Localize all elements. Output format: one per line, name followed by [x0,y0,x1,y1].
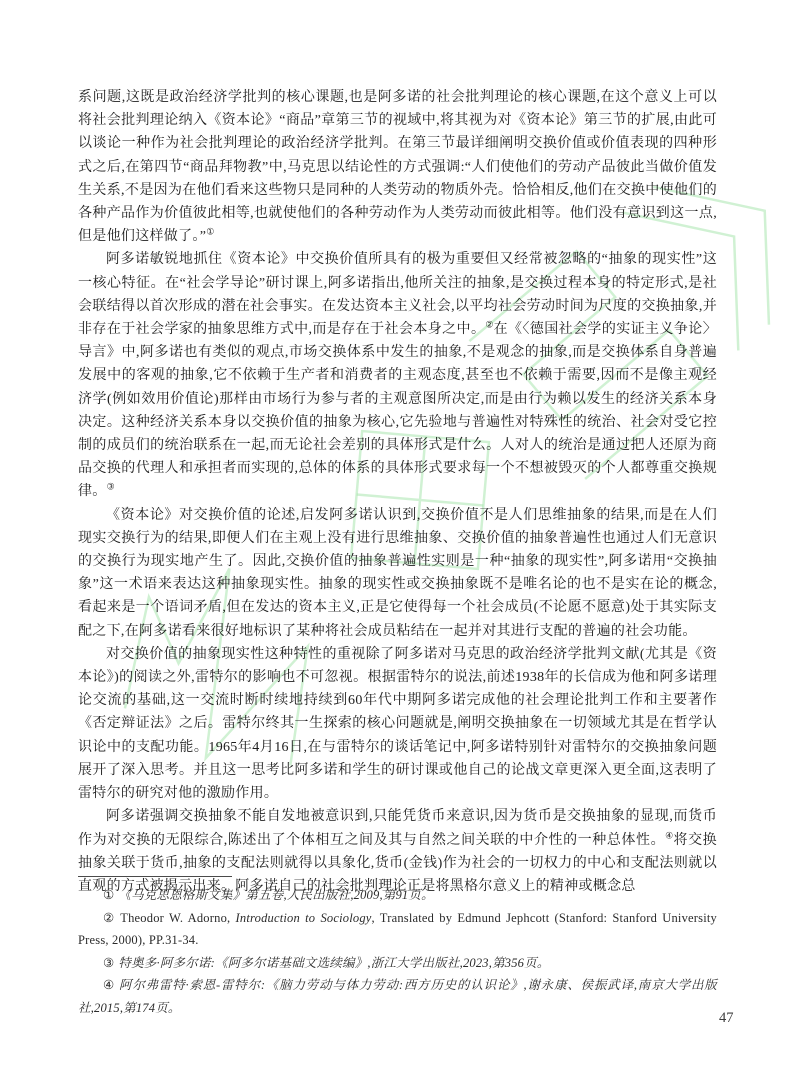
footnote-separator [78,876,232,877]
body-paragraph: 阿多诺敏锐地抓住《资本论》中交换价值所具有的极为重要但又经常被忽略的“抽象的现实… [78,248,717,503]
footnote-marker: ④ [103,978,115,992]
page-number: 47 [719,1010,734,1027]
document-page: 系问题,这既是政治经济学批判的核心课题,也是阿多诺的社会批判理论的核心课题,在这… [0,0,792,1083]
footnote-reference: ③ [107,482,115,492]
footnote-item: ③特奥多·阿多尔诺:《阿多尔诺基础文选续编》,浙江大学出版社,2023,第356… [78,952,717,975]
book-title: Introduction to Sociology [236,911,372,925]
body-paragraph: 系问题,这既是政治经济学批判的核心课题,也是阿多诺的社会批判理论的核心课题,在这… [78,86,717,248]
footnote-marker: ③ [103,956,114,970]
footnote-marker: ② [103,911,116,925]
body-paragraph: 对交换价值的抽象现实性这种特性的重视除了阿多诺对马克思的政治经济学批判文献(尤其… [78,643,717,805]
footnote-item: ②Theodor W. Adorno, Introduction to Soci… [78,907,717,952]
footnotes-section: ①《马克思恩格斯文集》第五卷,人民出版社,2009,第91页。②Theodor … [78,876,717,1020]
footnote-list: ①《马克思恩格斯文集》第五卷,人民出版社,2009,第91页。②Theodor … [78,884,717,1020]
footnote-item: ①《马克思恩格斯文集》第五卷,人民出版社,2009,第91页。 [78,884,717,907]
footnote-reference: ① [206,227,214,237]
body-text: 系问题,这既是政治经济学批判的核心课题,也是阿多诺的社会批判理论的核心课题,在这… [78,86,717,898]
footnote-item: ④阿尔弗雷特·索恩-雷特尔:《脑力劳动与体力劳动:西方历史的认识论》,谢永康、侯… [78,974,717,1019]
footnote-marker: ① [103,888,114,902]
footnote-reference: ② [485,319,493,329]
body-paragraph: 《资本论》对交换价值的论述,启发阿多诺认识到,交换价值不是人们思维抽象的结果,而… [78,504,717,643]
footnote-reference: ④ [665,830,673,840]
